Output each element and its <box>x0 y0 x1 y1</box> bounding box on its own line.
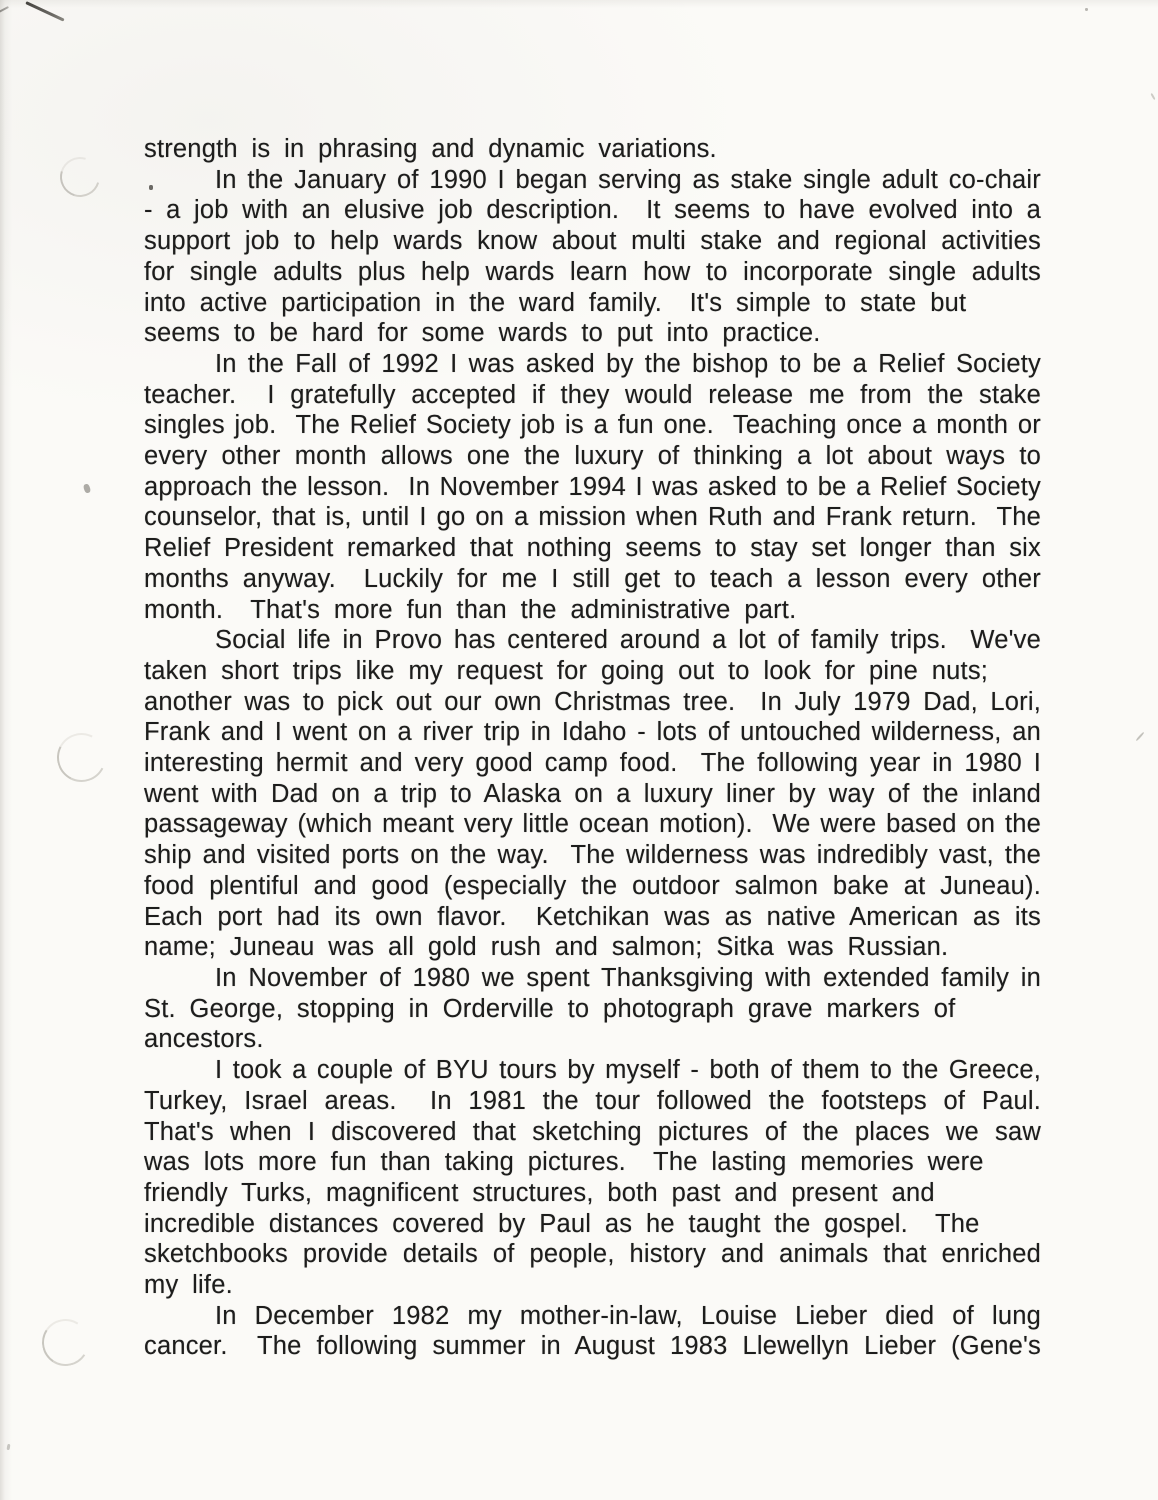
pencil-mark <box>25 1 64 21</box>
text-line: - a job with an elusive job description.… <box>144 195 1041 226</box>
text-line: interesting hermit and very good camp fo… <box>144 748 1041 779</box>
paragraph: I took a couple of BYU tours by myself -… <box>144 1055 1041 1301</box>
text-line: friendly Turks, magnificent structures, … <box>144 1178 1041 1209</box>
text-line: Social life in Provo has centered around… <box>144 625 1041 656</box>
paragraph: In November of 1980 we spent Thanksgivin… <box>144 963 1041 1055</box>
text-line: That's when I discovered that sketching … <box>144 1117 1041 1148</box>
scan-speck <box>1136 732 1145 742</box>
text-line: approach the lesson. In November 1994 I … <box>144 472 1041 503</box>
memoir-text-block: strength is in phrasing and dynamic vari… <box>144 134 1041 1362</box>
scan-speck <box>83 483 91 493</box>
paragraph: In the January of 1990 I began serving a… <box>144 165 1041 349</box>
text-line: months anyway. Luckily for me I still ge… <box>144 564 1041 595</box>
scan-speck <box>1085 8 1088 11</box>
hole-punch-mark <box>51 727 113 789</box>
text-line: Frank and I went on a river trip in Idah… <box>144 717 1041 748</box>
text-line: In the Fall of 1992 I was asked by the b… <box>144 349 1041 380</box>
text-line: incredible distances covered by Paul as … <box>144 1209 1041 1240</box>
scan-speck <box>149 185 153 190</box>
text-line: In the January of 1990 I began serving a… <box>144 165 1041 196</box>
text-line: every other month allows one the luxury … <box>144 441 1041 472</box>
paragraph: Social life in Provo has centered around… <box>144 625 1041 963</box>
text-line: cancer. The following summer in August 1… <box>144 1331 1041 1362</box>
text-line: month. That's more fun than the administ… <box>144 595 1041 626</box>
text-line: ancestors. <box>144 1024 1041 1055</box>
hole-punch-mark <box>53 150 107 204</box>
text-line: went with Dad on a trip to Alaska on a l… <box>144 779 1041 810</box>
text-line: Turkey, Israel areas. In 1981 the tour f… <box>144 1086 1041 1117</box>
text-line: passageway (which meant very little ocea… <box>144 809 1041 840</box>
text-line: Relief President remarked that nothing s… <box>144 533 1041 564</box>
text-line: was lots more fun than taking pictures. … <box>144 1147 1041 1178</box>
text-line: seems to be hard for some wards to put i… <box>144 318 1041 349</box>
edge-tick-mark <box>0 6 9 14</box>
hole-punch-mark <box>38 1315 94 1371</box>
paper-background: strength is in phrasing and dynamic vari… <box>0 0 1158 1500</box>
text-line: for single adults plus help wards learn … <box>144 257 1041 288</box>
scan-speck <box>1150 93 1155 100</box>
text-line: teacher. I gratefully accepted if they w… <box>144 380 1041 411</box>
text-line: support job to help wards know about mul… <box>144 226 1041 257</box>
scan-speck <box>7 1444 11 1450</box>
paragraph: strength is in phrasing and dynamic vari… <box>144 134 1041 165</box>
text-line: another was to pick out our own Christma… <box>144 687 1041 718</box>
text-line: name; Juneau was all gold rush and salmo… <box>144 932 1041 963</box>
text-line: my life. <box>144 1270 1041 1301</box>
text-line: strength is in phrasing and dynamic vari… <box>144 134 1041 165</box>
text-line: Each port had its own flavor. Ketchikan … <box>144 902 1041 933</box>
paragraph: In the Fall of 1992 I was asked by the b… <box>144 349 1041 625</box>
text-line: into active participation in the ward fa… <box>144 288 1041 319</box>
paragraph: In December 1982 my mother-in-law, Louis… <box>144 1301 1041 1362</box>
text-line: St. George, stopping in Orderville to ph… <box>144 994 1041 1025</box>
text-line: In December 1982 my mother-in-law, Louis… <box>144 1301 1041 1332</box>
text-line: taken short trips like my request for go… <box>144 656 1041 687</box>
text-line: ship and visited ports on the way. The w… <box>144 840 1041 871</box>
scanned-page: { "page": { "paper_color": "#fbfaf7", "i… <box>0 0 1158 1500</box>
text-line: In November of 1980 we spent Thanksgivin… <box>144 963 1041 994</box>
text-line: food plentiful and good (especially the … <box>144 871 1041 902</box>
text-line: singles job. The Relief Society job is a… <box>144 410 1041 441</box>
text-line: I took a couple of BYU tours by myself -… <box>144 1055 1041 1086</box>
text-line: counselor, that is, until I go on a miss… <box>144 502 1041 533</box>
text-line: sketchbooks provide details of people, h… <box>144 1239 1041 1270</box>
